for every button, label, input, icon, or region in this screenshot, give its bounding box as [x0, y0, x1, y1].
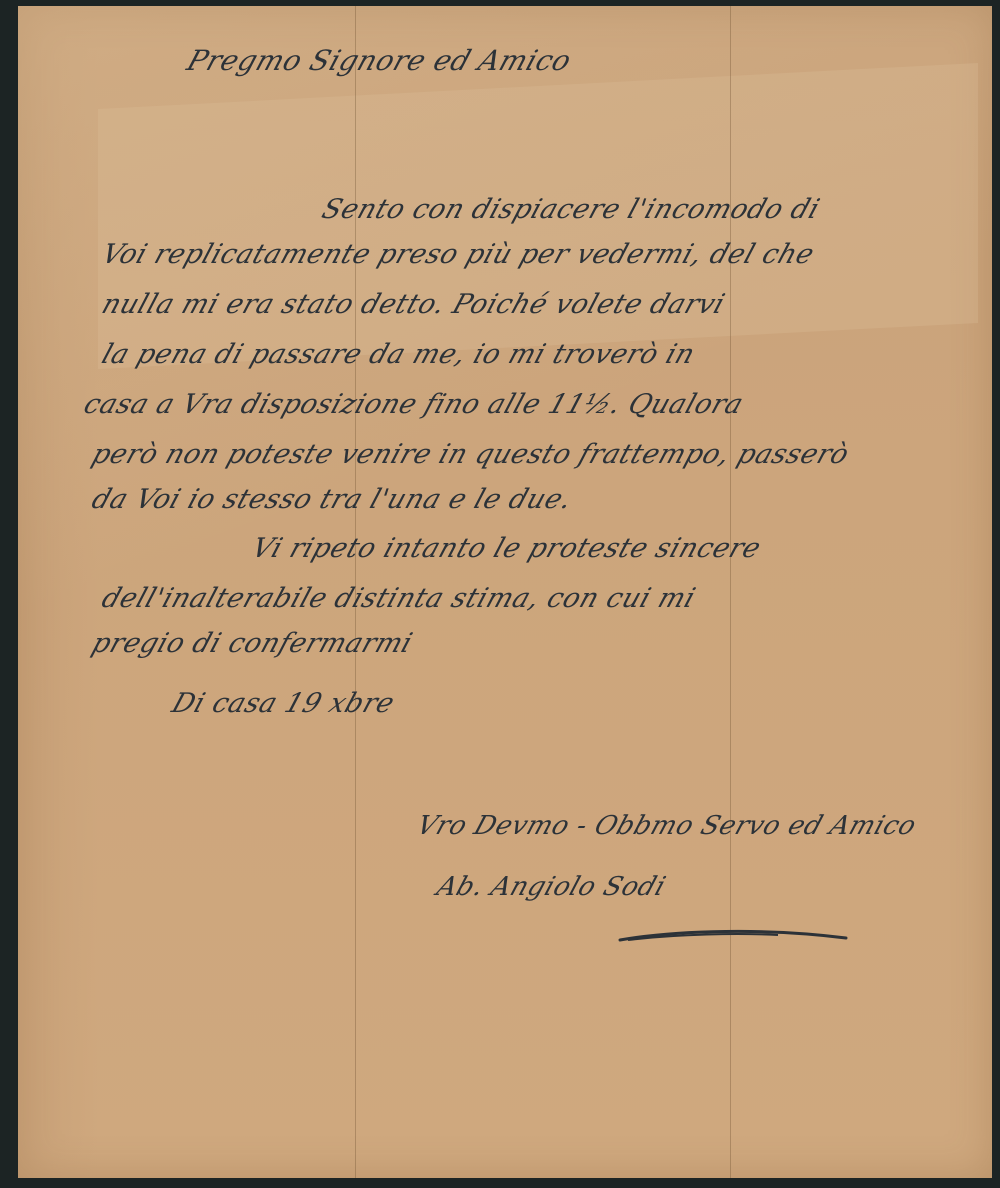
body-line: pregio di confermarmi: [88, 628, 416, 659]
signature-flourish-icon: [618, 928, 848, 942]
body-line: dell'inalterabile distinta stima, con cu…: [98, 583, 699, 614]
letter-paper: Pregmo Signore ed Amico Sento con dispia…: [18, 6, 992, 1178]
salutation: Pregmo Signore ed Amico: [183, 44, 576, 77]
paper-edge-strip: [18, 6, 98, 1178]
body-line: però non poteste venire in questo fratte…: [88, 439, 853, 470]
signature: Ab. Angiolo Sodi: [433, 872, 669, 902]
date-line: Di casa 19 xbre: [168, 688, 399, 719]
body-line: Voi replicatamente preso più per vedermi…: [98, 239, 818, 270]
body-line: nulla mi era stato detto. Poiché volete …: [98, 289, 729, 320]
body-line: la pena di passare da me, io mi troverò …: [98, 339, 699, 370]
fold-line-right: [730, 6, 731, 1178]
body-line: casa a Vra disposizione fino alle 11½. Q…: [80, 389, 747, 420]
body-line: da Voi io stesso tra l'una e le due.: [88, 484, 576, 515]
closing: Vro Devmo - Obbmo Servo ed Amico: [413, 811, 920, 841]
body-line: Sento con dispiacere l'incomodo di: [318, 194, 824, 225]
body-line: Vi ripeto intanto le proteste sincere: [248, 533, 765, 564]
